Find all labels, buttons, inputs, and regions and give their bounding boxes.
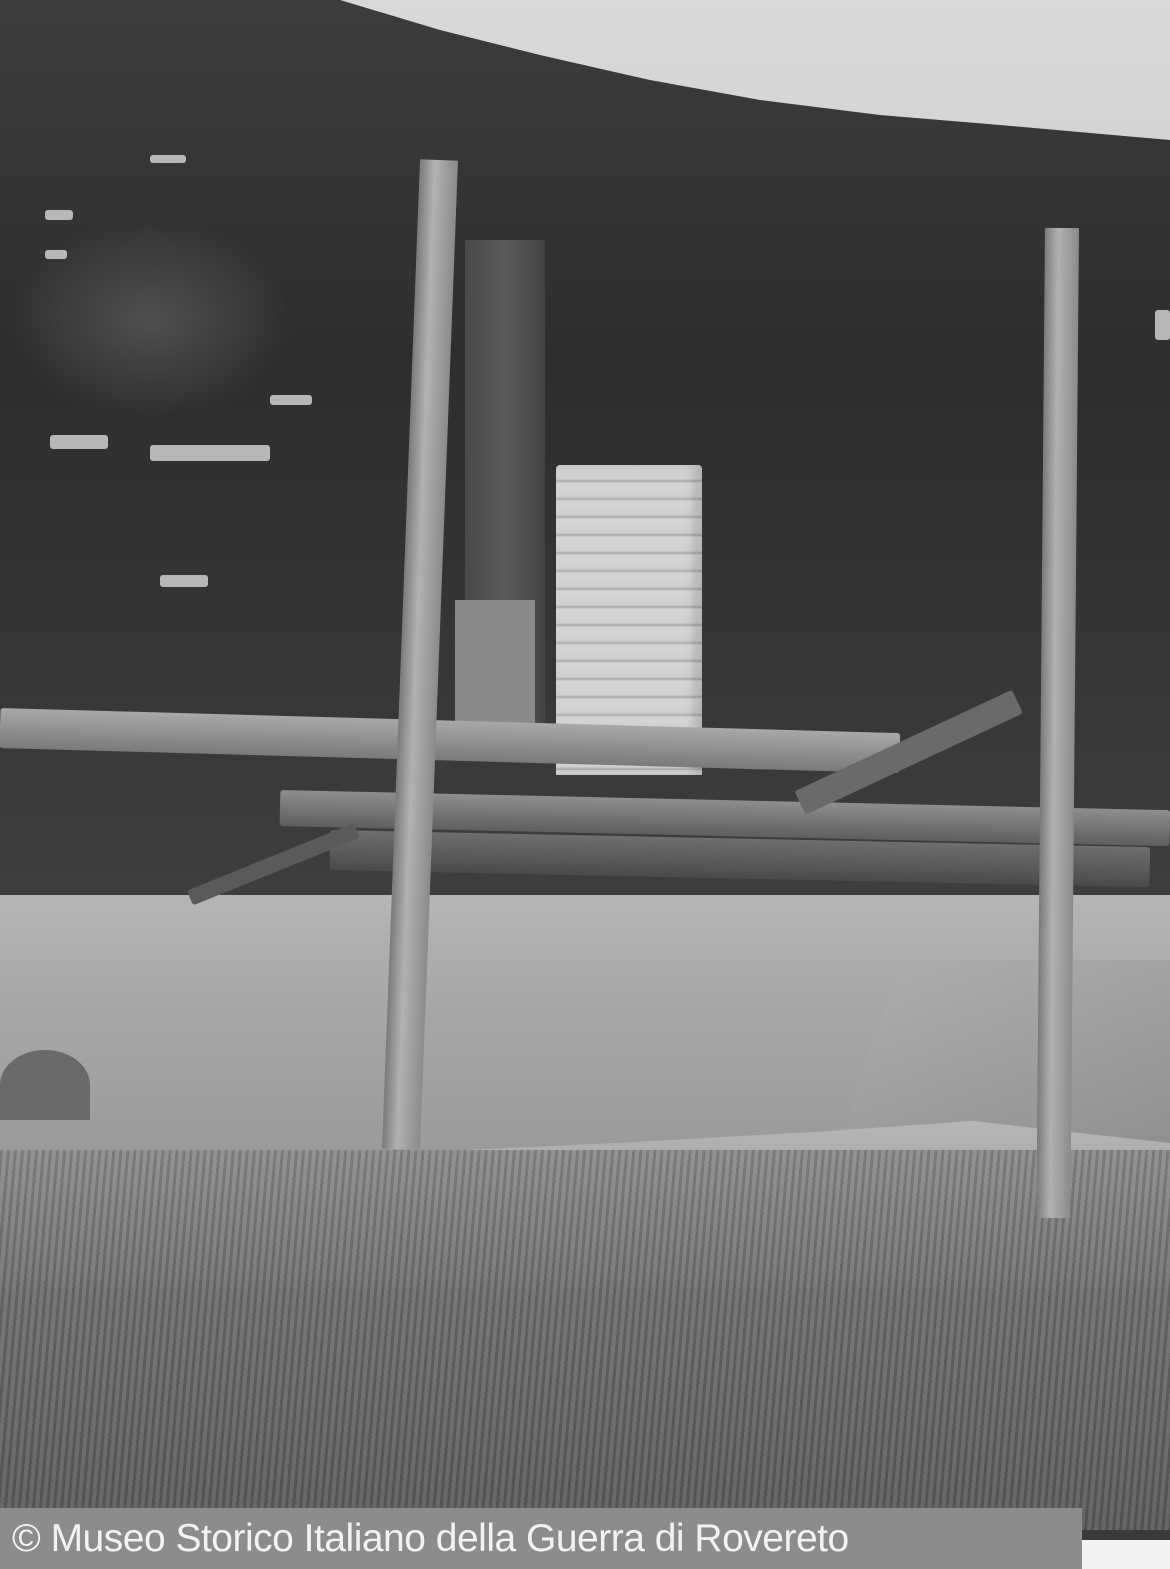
watermark-bar: © Museo Storico Italiano della Guerra di…	[0, 1508, 1082, 1569]
light-speck	[1155, 310, 1170, 340]
wall-shadow	[0, 1050, 90, 1120]
light-speck	[150, 155, 186, 163]
light-speck	[150, 445, 270, 461]
light-speck	[160, 575, 208, 587]
copyright-watermark: © Museo Storico Italiano della Guerra di…	[0, 1517, 849, 1561]
light-speck	[270, 395, 312, 405]
historical-photograph: © Museo Storico Italiano della Guerra di…	[0, 0, 1170, 1569]
light-speck	[45, 250, 67, 259]
corner-patch	[1082, 1540, 1170, 1569]
grass-foreground	[0, 1150, 1170, 1530]
light-speck	[50, 435, 108, 449]
light-speck	[45, 210, 73, 220]
